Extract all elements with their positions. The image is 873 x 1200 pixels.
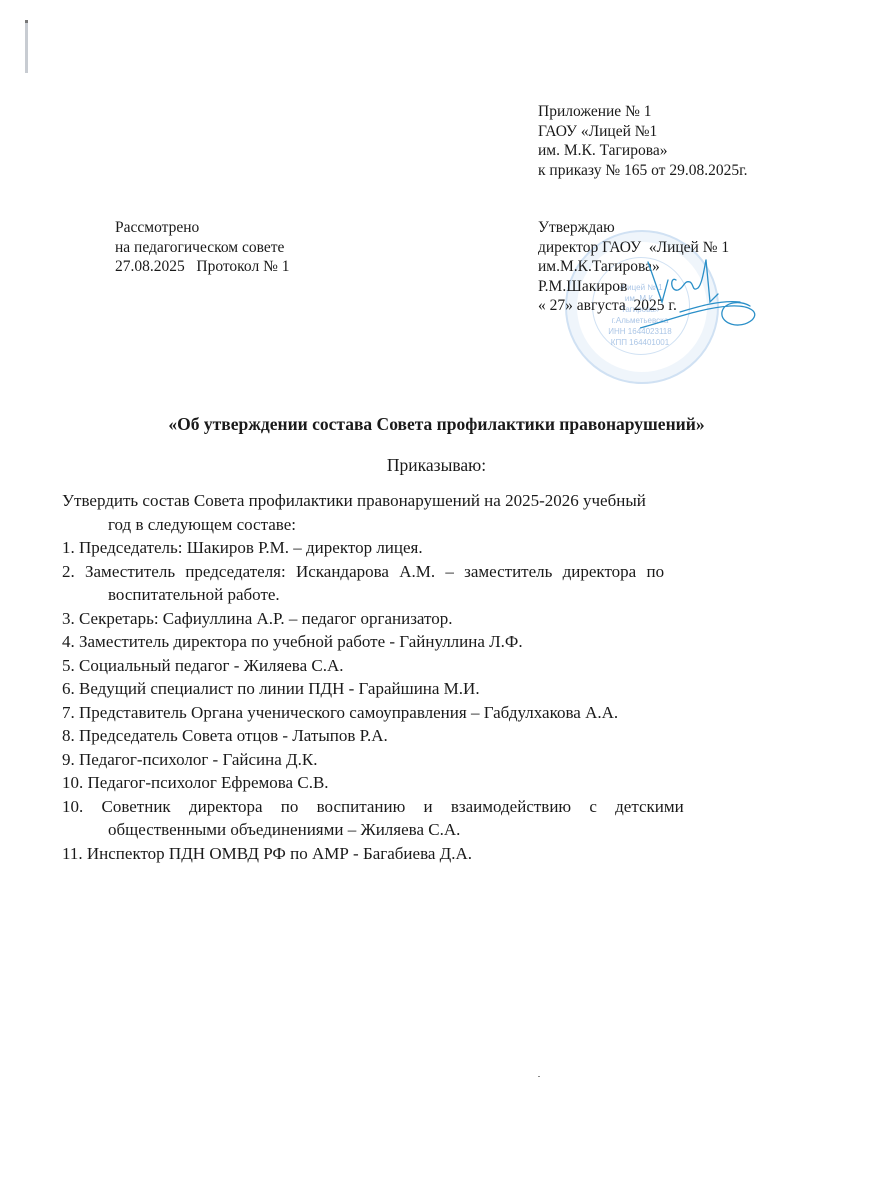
member-item: 10. Советник директора по воспитанию и в…: [62, 795, 784, 819]
item-number: 3.: [62, 609, 75, 628]
scan-artifact: [25, 20, 28, 73]
item-text: Заместитель председателя: Искандарова А.…: [85, 562, 664, 581]
item-number: 8.: [62, 726, 75, 745]
order-word: Приказываю:: [0, 455, 873, 476]
appendix-line: им. М.К. Тагирова»: [538, 141, 748, 161]
item-number: 10.: [62, 773, 83, 792]
item-number: 5.: [62, 656, 75, 675]
appendix-header: Приложение № 1 ГАОУ «Лицей №1 им. М.К. Т…: [538, 102, 748, 180]
item-text: Педагог-психолог - Гайсина Д.К.: [79, 750, 317, 769]
item-number: 7.: [62, 703, 75, 722]
item-text: Заместитель директора по учебной работе …: [79, 632, 523, 651]
member-item: 3. Секретарь: Сафиуллина А.Р. – педагог …: [62, 607, 784, 631]
item-number: 6.: [62, 679, 75, 698]
item-number: 9.: [62, 750, 75, 769]
reviewed-line: на педагогическом совете: [115, 238, 290, 258]
member-item-continuation: воспитательной работе.: [62, 583, 784, 607]
item-text: Педагог-психолог Ефремова С.В.: [88, 773, 329, 792]
reviewed-line: 27.08.2025 Протокол № 1: [115, 257, 290, 277]
document-title: «Об утверждении состава Совета профилакт…: [0, 414, 873, 435]
stamp-line: КПП 164401001: [605, 337, 675, 348]
member-item: 1. Председатель: Шакиров Р.М. – директор…: [62, 536, 784, 560]
member-item: 9. Педагог-психолог - Гайсина Д.К.: [62, 748, 784, 772]
item-text: Инспектор ПДН ОМВД РФ по АМР - Багабиева…: [87, 844, 472, 863]
item-number: 10.: [62, 797, 83, 816]
intro-continuation: год в следующем составе:: [62, 513, 784, 537]
item-text: Социальный педагог - Жиляева С.А.: [79, 656, 344, 675]
member-item: 4. Заместитель директора по учебной рабо…: [62, 630, 784, 654]
scan-speck: [538, 1076, 540, 1077]
item-number: 2.: [62, 562, 75, 581]
member-item-continuation: общественными объединениями – Жиляева С.…: [62, 818, 784, 842]
appendix-line: к приказу № 165 от 29.08.2025г.: [538, 161, 748, 181]
item-number: 11.: [62, 844, 83, 863]
item-text: Секретарь: Сафиуллина А.Р. – педагог орг…: [79, 609, 453, 628]
appendix-line: Приложение № 1: [538, 102, 748, 122]
item-text: Представитель Органа ученического самоуп…: [79, 703, 618, 722]
member-item: 5. Социальный педагог - Жиляева С.А.: [62, 654, 784, 678]
appendix-line: ГАОУ «Лицей №1: [538, 122, 748, 142]
member-item: 7. Представитель Органа ученического сам…: [62, 701, 784, 725]
item-number: 4.: [62, 632, 75, 651]
reviewed-block: Рассмотрено на педагогическом совете 27.…: [115, 218, 290, 277]
reviewed-line: Рассмотрено: [115, 218, 290, 238]
intro-text: Утвердить состав Совета профилактики пра…: [62, 489, 784, 513]
member-item: 10. Педагог-психолог Ефремова С.В.: [62, 771, 784, 795]
item-text: Советник директора по воспитанию и взаим…: [102, 797, 684, 816]
item-text: Председатель: Шакиров Р.М. – директор ли…: [79, 538, 423, 557]
item-text: Председатель Совета отцов - Латыпов Р.А.: [79, 726, 388, 745]
member-item: 6. Ведущий специалист по линии ПДН - Гар…: [62, 677, 784, 701]
item-text: Ведущий специалист по линии ПДН - Гарайш…: [79, 679, 480, 698]
document-body: Утвердить состав Совета профилактики пра…: [62, 489, 784, 865]
item-number: 1.: [62, 538, 75, 557]
member-item: 8. Председатель Совета отцов - Латыпов Р…: [62, 724, 784, 748]
signature-icon: [640, 250, 780, 330]
member-item: 11. Инспектор ПДН ОМВД РФ по АМР - Багаб…: [62, 842, 784, 866]
approved-line: Утверждаю: [538, 218, 729, 238]
member-item: 2. Заместитель председателя: Искандарова…: [62, 560, 784, 584]
